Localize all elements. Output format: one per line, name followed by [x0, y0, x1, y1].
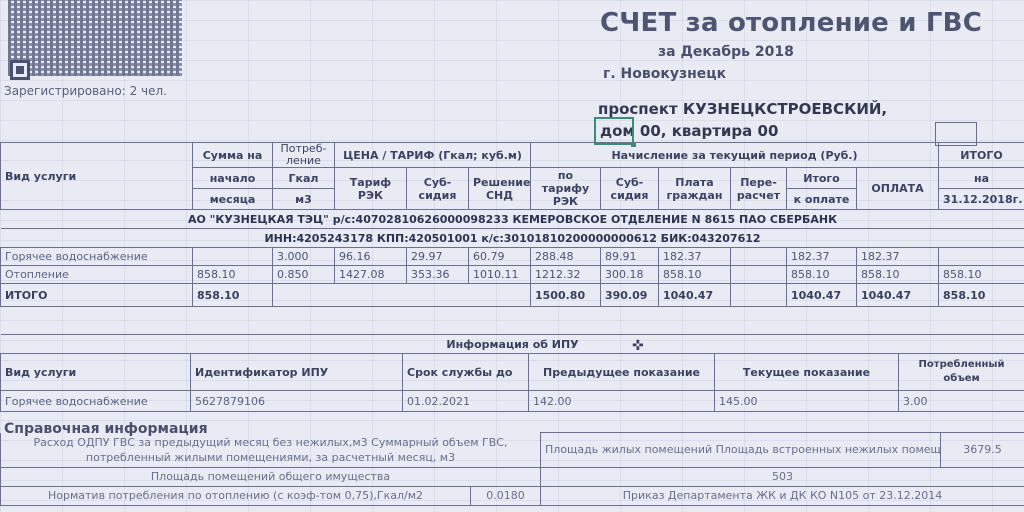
- ipu-col-id: Идентификатор ИПУ: [191, 354, 403, 391]
- ref-norm-order: Приказ Департамента ЖК и ДК КО N105 от 2…: [541, 486, 1024, 505]
- cell-by-tariff: 1212.32: [531, 266, 601, 284]
- total-total-due: 1040.47: [787, 284, 857, 307]
- ipu-col-service-life: Срок службы до: [403, 354, 529, 391]
- cell-tariff-rek: 1427.08: [335, 266, 407, 284]
- ipu-col-volume: Потребленный объем: [899, 354, 1024, 391]
- ref-living-area-value: 3679.5: [941, 433, 1024, 468]
- ipu-col-current: Текущее показание: [715, 354, 899, 391]
- col-consumption-unit-2: м3: [273, 189, 335, 210]
- total-recalc: [731, 284, 787, 307]
- table-row: Горячее водоснабжение 5627879106 01.02.2…: [1, 391, 1024, 412]
- ref-norm-value: 0.0180: [471, 486, 541, 505]
- cell-consumption: 0.850: [273, 266, 335, 284]
- col-service: Вид услуги: [1, 143, 193, 210]
- col-recalc: Пере- расчет: [731, 168, 787, 210]
- ipu-title: Информация об ИПУ: [1, 335, 1024, 354]
- col-citizen-pay: Плата граждан: [659, 168, 731, 210]
- table-row: Отопление 858.10 0.850 1427.08 353.36 10…: [1, 266, 1024, 284]
- total-citizen-pay: 1040.47: [659, 284, 731, 307]
- ref-common-area-value: 503: [541, 467, 1024, 486]
- cell-citizen-pay: 858.10: [659, 266, 731, 284]
- reference-table: Расход ОДПУ ГВС за предыдущий месяц без …: [0, 432, 1024, 506]
- ref-living-area-label: Площадь жилых помещений Площадь встроенн…: [541, 433, 941, 468]
- ref-odpu-label: Расход ОДПУ ГВС за предыдущий месяц без …: [1, 433, 541, 468]
- qr-finder-pattern-icon: [10, 60, 30, 80]
- cell-service: Отопление: [1, 266, 193, 284]
- cell-recalc: [731, 248, 787, 266]
- cell-recalc: [731, 266, 787, 284]
- col-total-at-1: ИТОГО: [939, 143, 1024, 168]
- cell-consumption: 3.000: [273, 248, 335, 266]
- cell-subsidy: 29.97: [407, 248, 469, 266]
- col-total-due-2: к оплате: [787, 189, 857, 210]
- ipu-col-previous: Предыдущее показание: [529, 354, 715, 391]
- total-payment: 1040.47: [857, 284, 939, 307]
- col-consumption-1: Потреб-ление: [273, 143, 335, 168]
- total-total-at: 858.10: [939, 284, 1024, 307]
- ipu-table: Информация об ИПУ Вид услуги Идентификат…: [0, 334, 1024, 412]
- col-total-at-3: 31.12.2018г.: [939, 189, 1024, 210]
- col-start-sum-2: начало: [193, 168, 273, 189]
- col-consumption-unit-1: Гкал: [273, 168, 335, 189]
- cell-tariff-rek: 96.16: [335, 248, 407, 266]
- cell-subsidy: 353.36: [407, 266, 469, 284]
- ipu-cell-current: 145.00: [715, 391, 899, 412]
- selected-cell-cursor[interactable]: [594, 117, 634, 145]
- total-start-sum: 858.10: [193, 284, 273, 307]
- col-start-sum-1: Сумма на: [193, 143, 273, 168]
- col-accrual-group: Начисление за текущий период (Руб.): [531, 143, 939, 168]
- cell-accr-subsidy: 300.18: [601, 266, 659, 284]
- col-price-group: ЦЕНА / ТАРИФ (Гкал; куб.м): [335, 143, 531, 168]
- cell-payment: 182.37: [857, 248, 939, 266]
- col-accr-subsidy: Суб- сидия: [601, 168, 659, 210]
- cell-payment: 858.10: [857, 266, 939, 284]
- bill-period: за Декабрь 2018: [658, 44, 794, 60]
- col-start-sum-3: месяца: [193, 189, 273, 210]
- total-row: ИТОГО 858.10 1500.80 390.09 1040.47 1040…: [1, 284, 1024, 307]
- charges-table: Вид услуги Сумма на Потреб-ление ЦЕНА / …: [0, 142, 1024, 307]
- cell-snd: 1010.11: [469, 266, 531, 284]
- cell-citizen-pay: 182.37: [659, 248, 731, 266]
- qr-code: [8, 0, 182, 76]
- mouse-cross-cursor-icon: ✜: [632, 338, 644, 354]
- cell-total-at: 858.10: [939, 266, 1024, 284]
- cell-total-at: [939, 248, 1024, 266]
- cell-service: Горячее водоснабжение: [1, 248, 193, 266]
- cell-total-due: 182.37: [787, 248, 857, 266]
- col-total-at-2: на: [939, 168, 1024, 189]
- cell-accr-subsidy: 89.91: [601, 248, 659, 266]
- col-by-tariff: по тарифу РЭК: [531, 168, 601, 210]
- ipu-cell-service-life: 01.02.2021: [403, 391, 529, 412]
- col-tariff-rek: Тариф РЭК: [335, 168, 407, 210]
- table-row: Горячее водоснабжение 3.000 96.16 29.97 …: [1, 248, 1024, 266]
- cell-total-due: 858.10: [787, 266, 857, 284]
- col-snd: Решение СНД: [469, 168, 531, 210]
- address-street: проспект КУЗНЕЦКСТРОЕВСКИЙ,: [598, 100, 887, 118]
- ipu-cell-previous: 142.00: [529, 391, 715, 412]
- registered-count: Зарегистрировано: 2 чел.: [4, 84, 167, 98]
- col-payment: ОПЛАТА: [857, 168, 939, 210]
- cell-start-sum: 858.10: [193, 266, 273, 284]
- cell-by-tariff: 288.48: [531, 248, 601, 266]
- bill-title: СЧЕТ за отопление и ГВС: [600, 8, 982, 38]
- col-total-due-1: Итого: [787, 168, 857, 189]
- total-label: ИТОГО: [1, 284, 193, 307]
- total-by-tariff: 1500.80: [531, 284, 601, 307]
- total-empty: [273, 284, 531, 307]
- total-accr-subsidy: 390.09: [601, 284, 659, 307]
- bank-details-1: АО "КУЗНЕЦКАЯ ТЭЦ" р/с:40702810626000098…: [1, 210, 1024, 229]
- cell-start-sum: [193, 248, 273, 266]
- ref-norm-label: Норматив потребления по отоплению (с коэ…: [1, 486, 471, 505]
- bank-details-2: ИНН:4205243178 КПП:420501001 к/с:3010181…: [1, 229, 1024, 248]
- ipu-cell-id: 5627879106: [191, 391, 403, 412]
- ipu-cell-service: Горячее водоснабжение: [1, 391, 191, 412]
- col-subsidy: Суб- сидия: [407, 168, 469, 210]
- cell-snd: 60.79: [469, 248, 531, 266]
- city: г. Новокузнецк: [603, 66, 726, 82]
- ipu-cell-volume: 3.00: [899, 391, 1024, 412]
- ref-common-area-label: Площадь помещений общего имущества: [1, 467, 541, 486]
- ipu-col-service: Вид услуги: [1, 354, 191, 391]
